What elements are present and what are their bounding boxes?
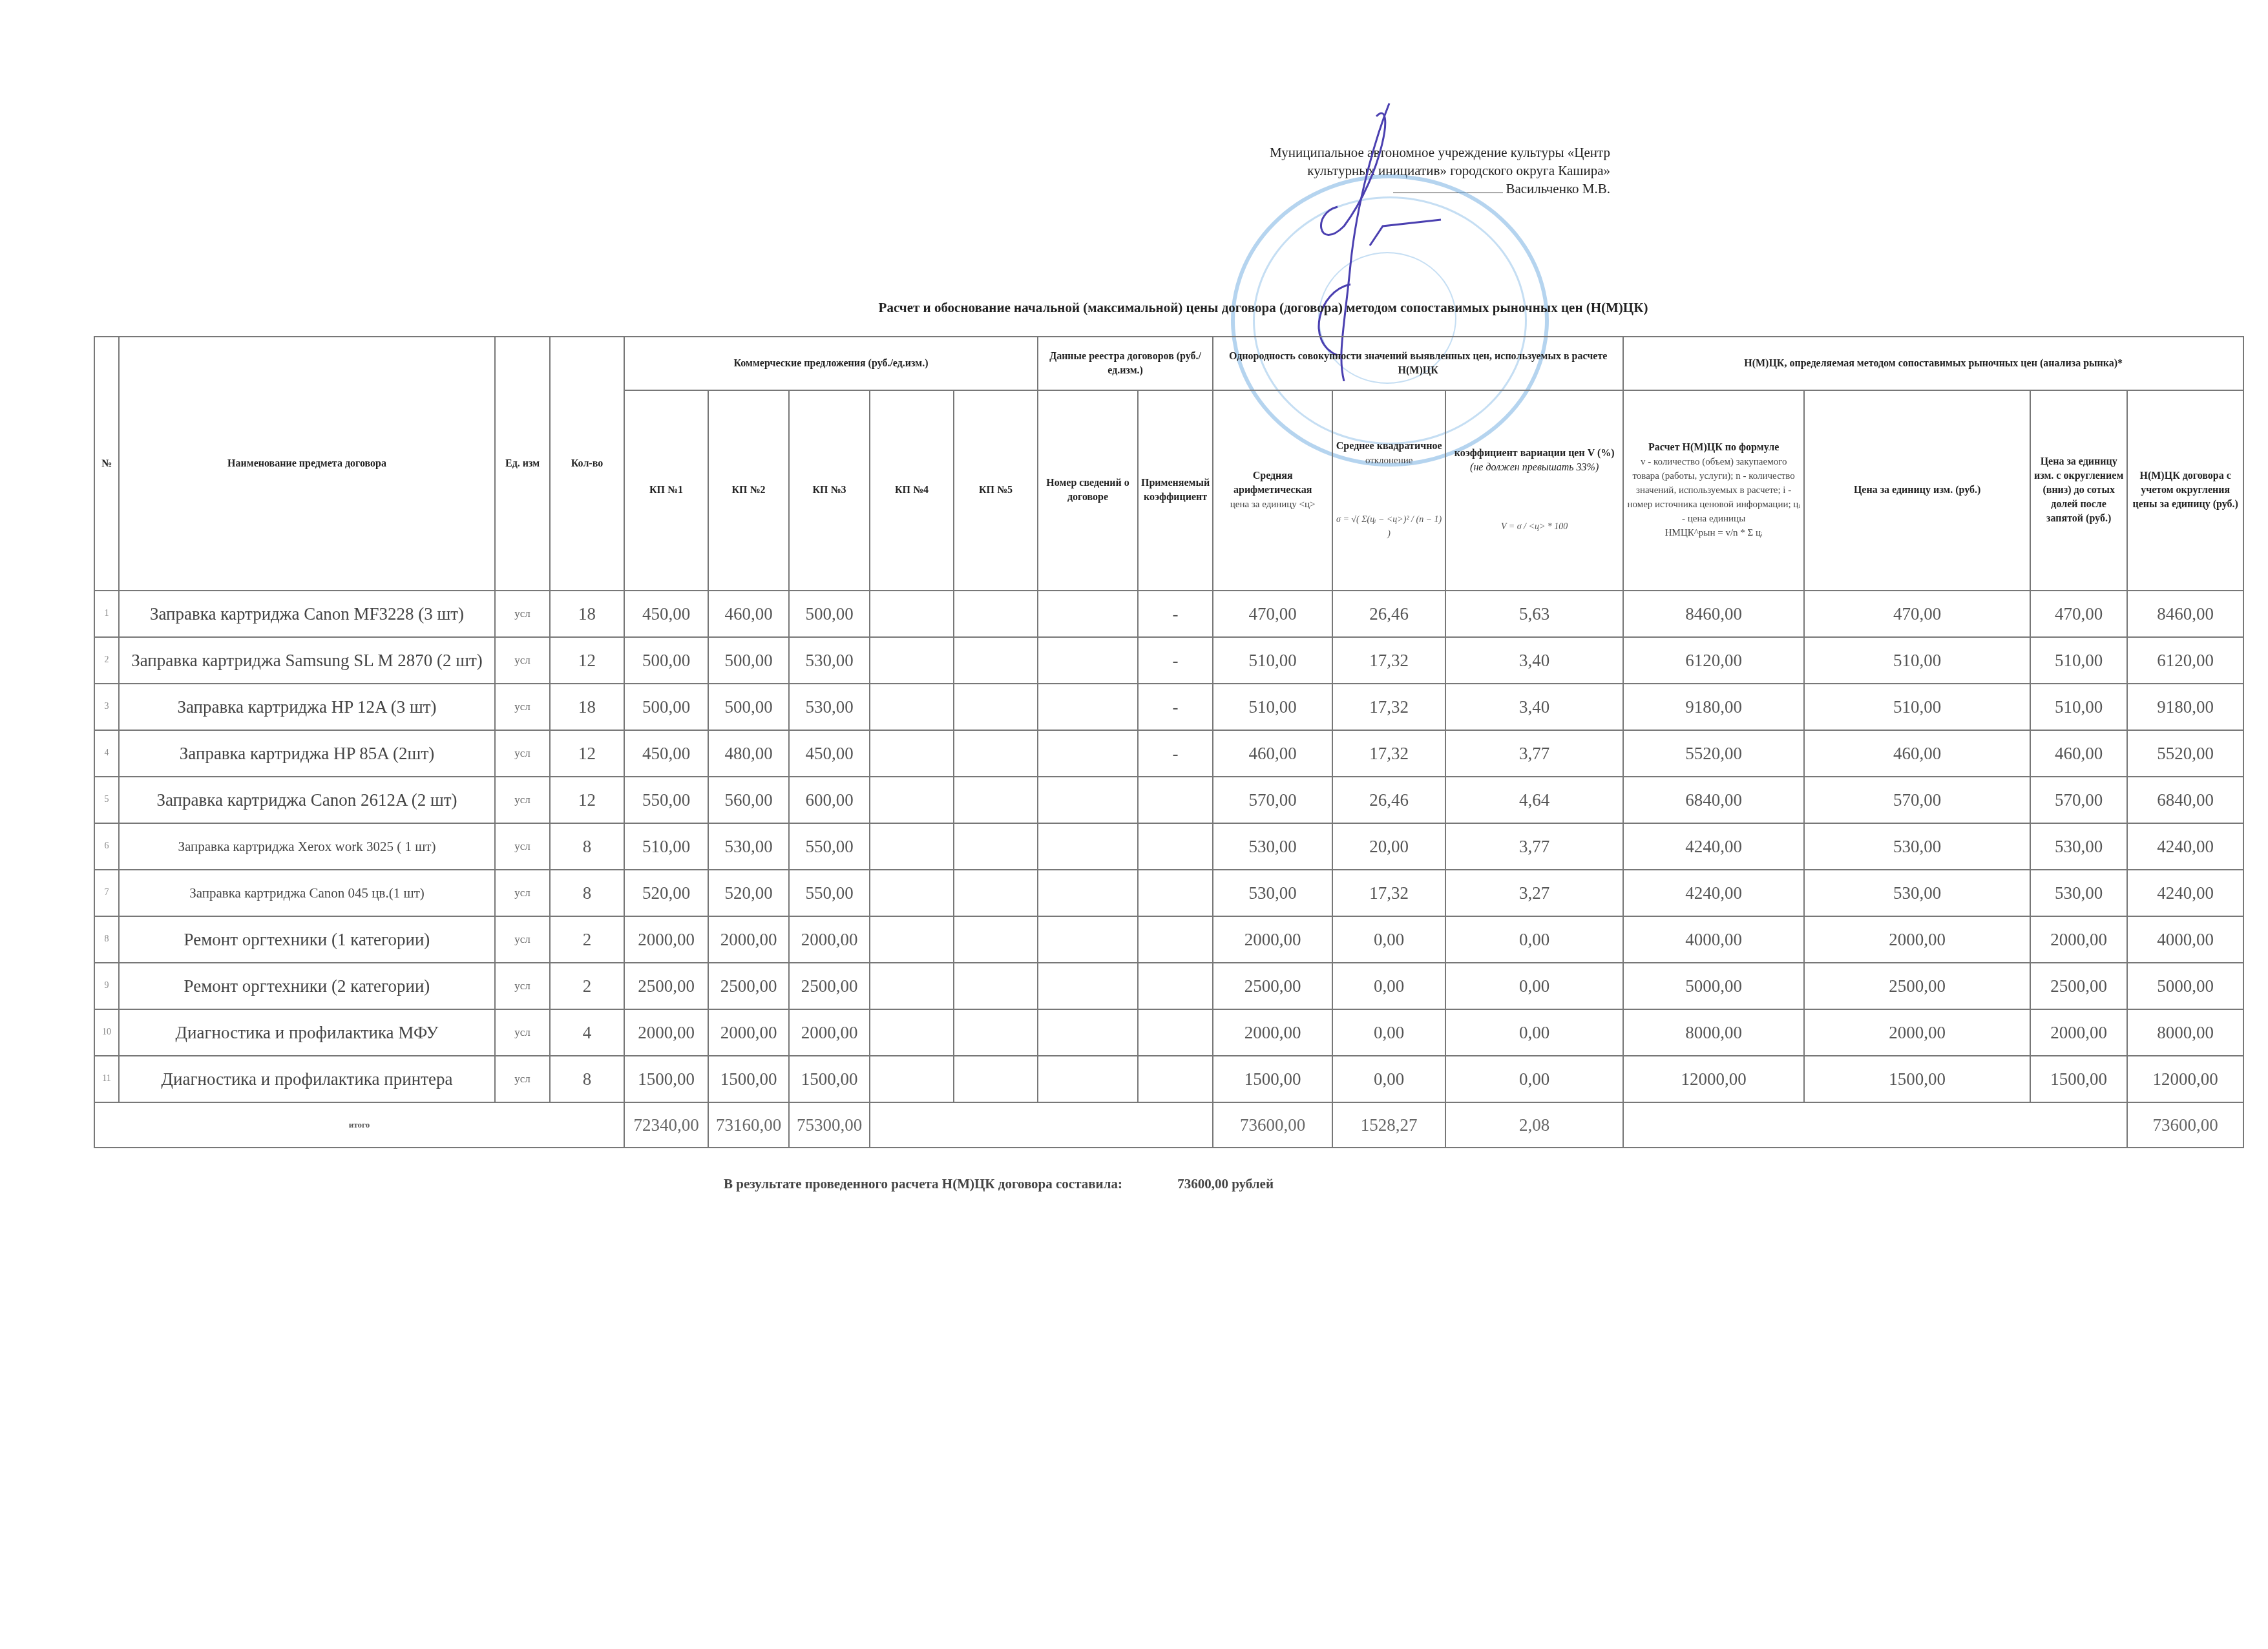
row-calc: 6840,00: [1623, 777, 1804, 823]
row-registry-coef: -: [1138, 730, 1213, 777]
signature-underline: [1393, 193, 1503, 193]
row-kp2: 530,00: [708, 823, 789, 870]
stddev-formula: σ = √( Σ(цᵢ − <ц>)² / (n − 1) ): [1336, 513, 1442, 541]
row-registry-coef: [1138, 1009, 1213, 1056]
total-blank: [870, 1102, 1213, 1148]
row-unit-price: 470,00: [1804, 591, 2030, 637]
row-kp3: 450,00: [789, 730, 870, 777]
total-variation: 2,08: [1445, 1102, 1623, 1148]
row-mean: 510,00: [1213, 637, 1332, 684]
header-mean-sub: цена за единицу <ц>: [1216, 498, 1329, 512]
row-unit: усл: [495, 963, 550, 1009]
header-calc: Расчет Н(М)ЦК по формулеv - количество (…: [1623, 390, 1804, 591]
row-registry-number: [1038, 684, 1138, 730]
row-nmck: 6840,00: [2127, 777, 2243, 823]
row-registry-coef: [1138, 963, 1213, 1009]
row-unit-price-rounded: 570,00: [2030, 777, 2127, 823]
row-kp1: 520,00: [624, 870, 708, 916]
row-name: Заправка картриджа HP 85A (2шт): [119, 730, 495, 777]
row-stddev: 17,32: [1332, 730, 1445, 777]
row-stddev: 17,32: [1332, 637, 1445, 684]
header-variation-note: (не должен превышать 33%): [1449, 461, 1620, 475]
row-kp1: 450,00: [624, 591, 708, 637]
row-unit-price-rounded: 460,00: [2030, 730, 2127, 777]
row-kp4: [870, 916, 954, 963]
row-unit-price: 510,00: [1804, 637, 2030, 684]
total-mean: 73600,00: [1213, 1102, 1332, 1148]
row-number: 4: [94, 730, 119, 777]
total-kp3: 75300,00: [789, 1102, 870, 1148]
row-stddev: 0,00: [1332, 1056, 1445, 1102]
row-kp3: 530,00: [789, 637, 870, 684]
row-kp2: 520,00: [708, 870, 789, 916]
row-kp2: 560,00: [708, 777, 789, 823]
row-mean: 2000,00: [1213, 1009, 1332, 1056]
row-calc: 8460,00: [1623, 591, 1804, 637]
row-nmck: 4000,00: [2127, 916, 2243, 963]
row-stddev: 17,32: [1332, 684, 1445, 730]
row-registry-coef: [1138, 823, 1213, 870]
table-row: 6Заправка картриджа Xerox work 3025 ( 1 …: [94, 823, 2243, 870]
header-unit-price: Цена за единицу изм. (руб.): [1804, 390, 2030, 591]
row-registry-number: [1038, 823, 1138, 870]
row-unit-price: 510,00: [1804, 684, 2030, 730]
total-nmck: 73600,00: [2127, 1102, 2243, 1148]
row-qty: 12: [550, 730, 624, 777]
row-kp5: [954, 963, 1038, 1009]
row-unit: усл: [495, 730, 550, 777]
row-variation: 0,00: [1445, 1009, 1623, 1056]
row-kp4: [870, 684, 954, 730]
row-calc: 6120,00: [1623, 637, 1804, 684]
row-kp4: [870, 870, 954, 916]
table-row: 1Заправка картриджа Canon MF3228 (3 шт)у…: [94, 591, 2243, 637]
row-name: Заправка картриджа Samsung SL M 2870 (2 …: [119, 637, 495, 684]
table-row: 3Заправка картриджа HP 12A (3 шт)усл1850…: [94, 684, 2243, 730]
header-registry-coef: Применяемый коэффициент: [1138, 390, 1213, 591]
row-kp4: [870, 1009, 954, 1056]
row-mean: 530,00: [1213, 870, 1332, 916]
header-qty: Кол-во: [550, 337, 624, 591]
row-number: 1: [94, 591, 119, 637]
document-title: Расчет и обоснование начальной (максимал…: [129, 300, 2268, 316]
row-kp1: 450,00: [624, 730, 708, 777]
row-number: 11: [94, 1056, 119, 1102]
price-calculation-table: № Наименование предмета договора Ед. изм…: [94, 336, 2244, 1148]
row-kp5: [954, 684, 1038, 730]
row-kp3: 1500,00: [789, 1056, 870, 1102]
row-variation: 3,40: [1445, 637, 1623, 684]
row-nmck: 8460,00: [2127, 591, 2243, 637]
row-unit-price: 570,00: [1804, 777, 2030, 823]
row-kp5: [954, 870, 1038, 916]
row-kp2: 2500,00: [708, 963, 789, 1009]
row-kp2: 2000,00: [708, 1009, 789, 1056]
row-nmck: 4240,00: [2127, 823, 2243, 870]
row-unit-price-rounded: 2500,00: [2030, 963, 2127, 1009]
row-nmck: 5520,00: [2127, 730, 2243, 777]
row-mean: 530,00: [1213, 823, 1332, 870]
header-mean: Средняя арифметическаяцена за единицу <ц…: [1213, 390, 1332, 591]
row-variation: 3,27: [1445, 870, 1623, 916]
row-name: Ремонт оргтехники (2 категории): [119, 963, 495, 1009]
row-variation: 3,40: [1445, 684, 1623, 730]
row-kp1: 500,00: [624, 684, 708, 730]
row-mean: 2500,00: [1213, 963, 1332, 1009]
total-label: итого: [94, 1102, 624, 1148]
row-registry-number: [1038, 637, 1138, 684]
row-registry-number: [1038, 870, 1138, 916]
table-row: 8Ремонт оргтехники (1 категории)усл22000…: [94, 916, 2243, 963]
row-unit: усл: [495, 823, 550, 870]
row-name: Заправка картриджа Canon MF3228 (3 шт): [119, 591, 495, 637]
row-mean: 1500,00: [1213, 1056, 1332, 1102]
row-qty: 8: [550, 823, 624, 870]
row-unit-price: 2000,00: [1804, 1009, 2030, 1056]
variation-formula: V = σ / <ц> * 100: [1449, 520, 1620, 534]
row-kp1: 1500,00: [624, 1056, 708, 1102]
row-unit: усл: [495, 684, 550, 730]
header-registry-group: Данные реестра договоров (руб./ед.изм.): [1038, 337, 1213, 390]
row-registry-number: [1038, 591, 1138, 637]
row-unit-price-rounded: 530,00: [2030, 870, 2127, 916]
row-mean: 2000,00: [1213, 916, 1332, 963]
row-kp4: [870, 963, 954, 1009]
row-name: Диагностика и профилактика принтера: [119, 1056, 495, 1102]
total-std: 1528,27: [1332, 1102, 1445, 1148]
table-row: 10Диагностика и профилактика МФУусл42000…: [94, 1009, 2243, 1056]
row-calc: 4000,00: [1623, 916, 1804, 963]
row-unit: усл: [495, 637, 550, 684]
header-homogeneity-group: Однородность совокупности значений выявл…: [1213, 337, 1623, 390]
header-stddev: Среднее квадратичноеотклонениеσ = √( Σ(ц…: [1332, 390, 1445, 591]
row-registry-number: [1038, 916, 1138, 963]
approval-block: Муниципальное автономное учреждение куль…: [1270, 143, 1610, 198]
row-calc: 8000,00: [1623, 1009, 1804, 1056]
table-row: 9Ремонт оргтехники (2 категории)усл22500…: [94, 963, 2243, 1009]
header-nmck-group: Н(М)ЦК, определяемая методом сопоставимы…: [1623, 337, 2243, 390]
header-variation: коэффициент вариации цен V (%)(не должен…: [1445, 390, 1623, 591]
row-qty: 4: [550, 1009, 624, 1056]
row-stddev: 20,00: [1332, 823, 1445, 870]
row-kp2: 480,00: [708, 730, 789, 777]
row-kp3: 2000,00: [789, 916, 870, 963]
header-unit-price-rounded: Цена за единицу изм. с округлением (вниз…: [2030, 390, 2127, 591]
row-unit: усл: [495, 1056, 550, 1102]
row-kp1: 550,00: [624, 777, 708, 823]
row-kp1: 500,00: [624, 637, 708, 684]
row-name: Заправка картриджа Xerox work 3025 ( 1 ш…: [119, 823, 495, 870]
row-mean: 470,00: [1213, 591, 1332, 637]
row-qty: 8: [550, 1056, 624, 1102]
header-number: №: [94, 337, 119, 591]
row-registry-number: [1038, 963, 1138, 1009]
row-stddev: 26,46: [1332, 591, 1445, 637]
row-kp2: 500,00: [708, 684, 789, 730]
row-qty: 12: [550, 777, 624, 823]
row-name: Заправка картриджа Canon 045 цв.(1 шт): [119, 870, 495, 916]
row-registry-number: [1038, 777, 1138, 823]
row-kp3: 550,00: [789, 870, 870, 916]
row-kp4: [870, 637, 954, 684]
table-row: 11Диагностика и профилактика принтераусл…: [94, 1056, 2243, 1102]
row-stddev: 0,00: [1332, 963, 1445, 1009]
table-row: 7Заправка картриджа Canon 045 цв.(1 шт)у…: [94, 870, 2243, 916]
header-offers-group: Коммерческие предложения (руб./ед.изм.): [624, 337, 1038, 390]
row-number: 5: [94, 777, 119, 823]
result-line: В результате проведенного расчета Н(М)ЦК…: [724, 1176, 1274, 1192]
header-offer-1: КП №1: [624, 390, 708, 591]
row-kp2: 500,00: [708, 637, 789, 684]
header-offer-5: КП №5: [954, 390, 1038, 591]
row-variation: 4,64: [1445, 777, 1623, 823]
row-registry-coef: [1138, 1056, 1213, 1102]
header-registry-number: Номер сведений о договоре: [1038, 390, 1138, 591]
approval-org-line1: Муниципальное автономное учреждение куль…: [1270, 143, 1610, 162]
row-name: Заправка картриджа HP 12A (3 шт): [119, 684, 495, 730]
row-mean: 460,00: [1213, 730, 1332, 777]
header-stddev-title: Среднее квадратичное: [1336, 439, 1442, 454]
row-qty: 18: [550, 684, 624, 730]
header-stddev-sub: отклонение: [1336, 454, 1442, 468]
row-name: Диагностика и профилактика МФУ: [119, 1009, 495, 1056]
row-nmck: 9180,00: [2127, 684, 2243, 730]
row-unit-price: 1500,00: [1804, 1056, 2030, 1102]
row-kp5: [954, 1056, 1038, 1102]
row-number: 9: [94, 963, 119, 1009]
row-mean: 510,00: [1213, 684, 1332, 730]
row-nmck: 12000,00: [2127, 1056, 2243, 1102]
row-kp5: [954, 730, 1038, 777]
row-kp3: 530,00: [789, 684, 870, 730]
row-kp5: [954, 1009, 1038, 1056]
row-kp1: 510,00: [624, 823, 708, 870]
row-unit-price-rounded: 510,00: [2030, 637, 2127, 684]
row-unit-price: 2500,00: [1804, 963, 2030, 1009]
row-unit-price-rounded: 470,00: [2030, 591, 2127, 637]
total-kp1: 72340,00: [624, 1102, 708, 1148]
row-unit-price-rounded: 530,00: [2030, 823, 2127, 870]
header-calc-desc: v - количество (объем) закупаемого товар…: [1626, 455, 1801, 526]
row-kp3: 2000,00: [789, 1009, 870, 1056]
row-number: 6: [94, 823, 119, 870]
row-unit-price: 530,00: [1804, 823, 2030, 870]
row-variation: 3,77: [1445, 823, 1623, 870]
row-unit-price-rounded: 510,00: [2030, 684, 2127, 730]
row-kp5: [954, 916, 1038, 963]
row-variation: 0,00: [1445, 1056, 1623, 1102]
row-kp4: [870, 591, 954, 637]
row-unit-price-rounded: 2000,00: [2030, 1009, 2127, 1056]
row-registry-coef: [1138, 777, 1213, 823]
row-calc: 4240,00: [1623, 870, 1804, 916]
row-kp3: 500,00: [789, 591, 870, 637]
row-kp2: 2000,00: [708, 916, 789, 963]
row-unit: усл: [495, 870, 550, 916]
calc-formula: НМЦК^рын = v/n * Σ цᵢ: [1626, 526, 1801, 540]
row-nmck: 8000,00: [2127, 1009, 2243, 1056]
row-qty: 12: [550, 637, 624, 684]
header-offer-2: КП №2: [708, 390, 789, 591]
row-kp3: 2500,00: [789, 963, 870, 1009]
row-qty: 2: [550, 916, 624, 963]
row-unit-price-rounded: 2000,00: [2030, 916, 2127, 963]
row-number: 10: [94, 1009, 119, 1056]
approval-signatory: Васильченко М.В.: [1506, 181, 1610, 196]
row-variation: 0,00: [1445, 963, 1623, 1009]
row-kp4: [870, 823, 954, 870]
row-kp1: 2500,00: [624, 963, 708, 1009]
row-name: Ремонт оргтехники (1 категории): [119, 916, 495, 963]
row-unit-price: 530,00: [1804, 870, 2030, 916]
row-calc: 4240,00: [1623, 823, 1804, 870]
row-variation: 0,00: [1445, 916, 1623, 963]
row-calc: 5000,00: [1623, 963, 1804, 1009]
row-kp3: 600,00: [789, 777, 870, 823]
row-nmck: 5000,00: [2127, 963, 2243, 1009]
row-calc: 5520,00: [1623, 730, 1804, 777]
header-unit: Ед. изм: [495, 337, 550, 591]
header-mean-title: Средняя арифметическая: [1216, 469, 1329, 498]
header-variation-title: коэффициент вариации цен V (%): [1449, 446, 1620, 461]
row-kp1: 2000,00: [624, 1009, 708, 1056]
row-kp4: [870, 777, 954, 823]
total-kp2: 73160,00: [708, 1102, 789, 1148]
row-unit: усл: [495, 777, 550, 823]
row-registry-coef: [1138, 916, 1213, 963]
row-kp1: 2000,00: [624, 916, 708, 963]
row-stddev: 17,32: [1332, 870, 1445, 916]
row-unit-price-rounded: 1500,00: [2030, 1056, 2127, 1102]
row-stddev: 26,46: [1332, 777, 1445, 823]
row-registry-coef: -: [1138, 591, 1213, 637]
header-offer-4: КП №4: [870, 390, 954, 591]
row-kp2: 1500,00: [708, 1056, 789, 1102]
row-registry-number: [1038, 1009, 1138, 1056]
approval-org-line2: культурных инициатив» городского округа …: [1270, 162, 1610, 180]
row-variation: 5,63: [1445, 591, 1623, 637]
row-qty: 8: [550, 870, 624, 916]
row-kp5: [954, 823, 1038, 870]
row-stddev: 0,00: [1332, 916, 1445, 963]
row-unit-price: 2000,00: [1804, 916, 2030, 963]
row-registry-coef: -: [1138, 684, 1213, 730]
row-registry-number: [1038, 730, 1138, 777]
row-name: Заправка картриджа Canon 2612A (2 шт): [119, 777, 495, 823]
row-number: 2: [94, 637, 119, 684]
row-unit: усл: [495, 591, 550, 637]
row-number: 3: [94, 684, 119, 730]
approval-signature-line: Васильченко М.В.: [1270, 180, 1610, 198]
row-qty: 18: [550, 591, 624, 637]
header-name: Наименование предмета договора: [119, 337, 495, 591]
row-kp5: [954, 637, 1038, 684]
row-nmck: 4240,00: [2127, 870, 2243, 916]
row-unit: усл: [495, 1009, 550, 1056]
row-kp2: 460,00: [708, 591, 789, 637]
row-registry-coef: [1138, 870, 1213, 916]
row-unit-price: 460,00: [1804, 730, 2030, 777]
row-unit: усл: [495, 916, 550, 963]
header-offer-3: КП №3: [789, 390, 870, 591]
row-mean: 570,00: [1213, 777, 1332, 823]
table-row: 2Заправка картриджа Samsung SL M 2870 (2…: [94, 637, 2243, 684]
header-calc-title: Расчет Н(М)ЦК по формуле: [1626, 441, 1801, 455]
row-kp5: [954, 591, 1038, 637]
table-row: 4Заправка картриджа HP 85A (2шт)усл12450…: [94, 730, 2243, 777]
total-row: итого 72340,00 73160,00 75300,00 73600,0…: [94, 1102, 2243, 1148]
row-registry-number: [1038, 1056, 1138, 1102]
row-stddev: 0,00: [1332, 1009, 1445, 1056]
table-body: 1Заправка картриджа Canon MF3228 (3 шт)у…: [94, 591, 2243, 1102]
result-label: В результате проведенного расчета Н(М)ЦК…: [724, 1176, 1122, 1192]
table-row: 5Заправка картриджа Canon 2612A (2 шт)ус…: [94, 777, 2243, 823]
row-qty: 2: [550, 963, 624, 1009]
total-blank-2: [1623, 1102, 2127, 1148]
row-kp4: [870, 730, 954, 777]
header-nmck-rounded: Н(М)ЦК договора с учетом округления цены…: [2127, 390, 2243, 591]
row-kp3: 550,00: [789, 823, 870, 870]
row-number: 8: [94, 916, 119, 963]
row-registry-coef: -: [1138, 637, 1213, 684]
result-value: 73600,00 рублей: [1177, 1176, 1274, 1192]
row-number: 7: [94, 870, 119, 916]
row-kp4: [870, 1056, 954, 1102]
row-calc: 12000,00: [1623, 1056, 1804, 1102]
row-variation: 3,77: [1445, 730, 1623, 777]
row-kp5: [954, 777, 1038, 823]
row-nmck: 6120,00: [2127, 637, 2243, 684]
row-calc: 9180,00: [1623, 684, 1804, 730]
